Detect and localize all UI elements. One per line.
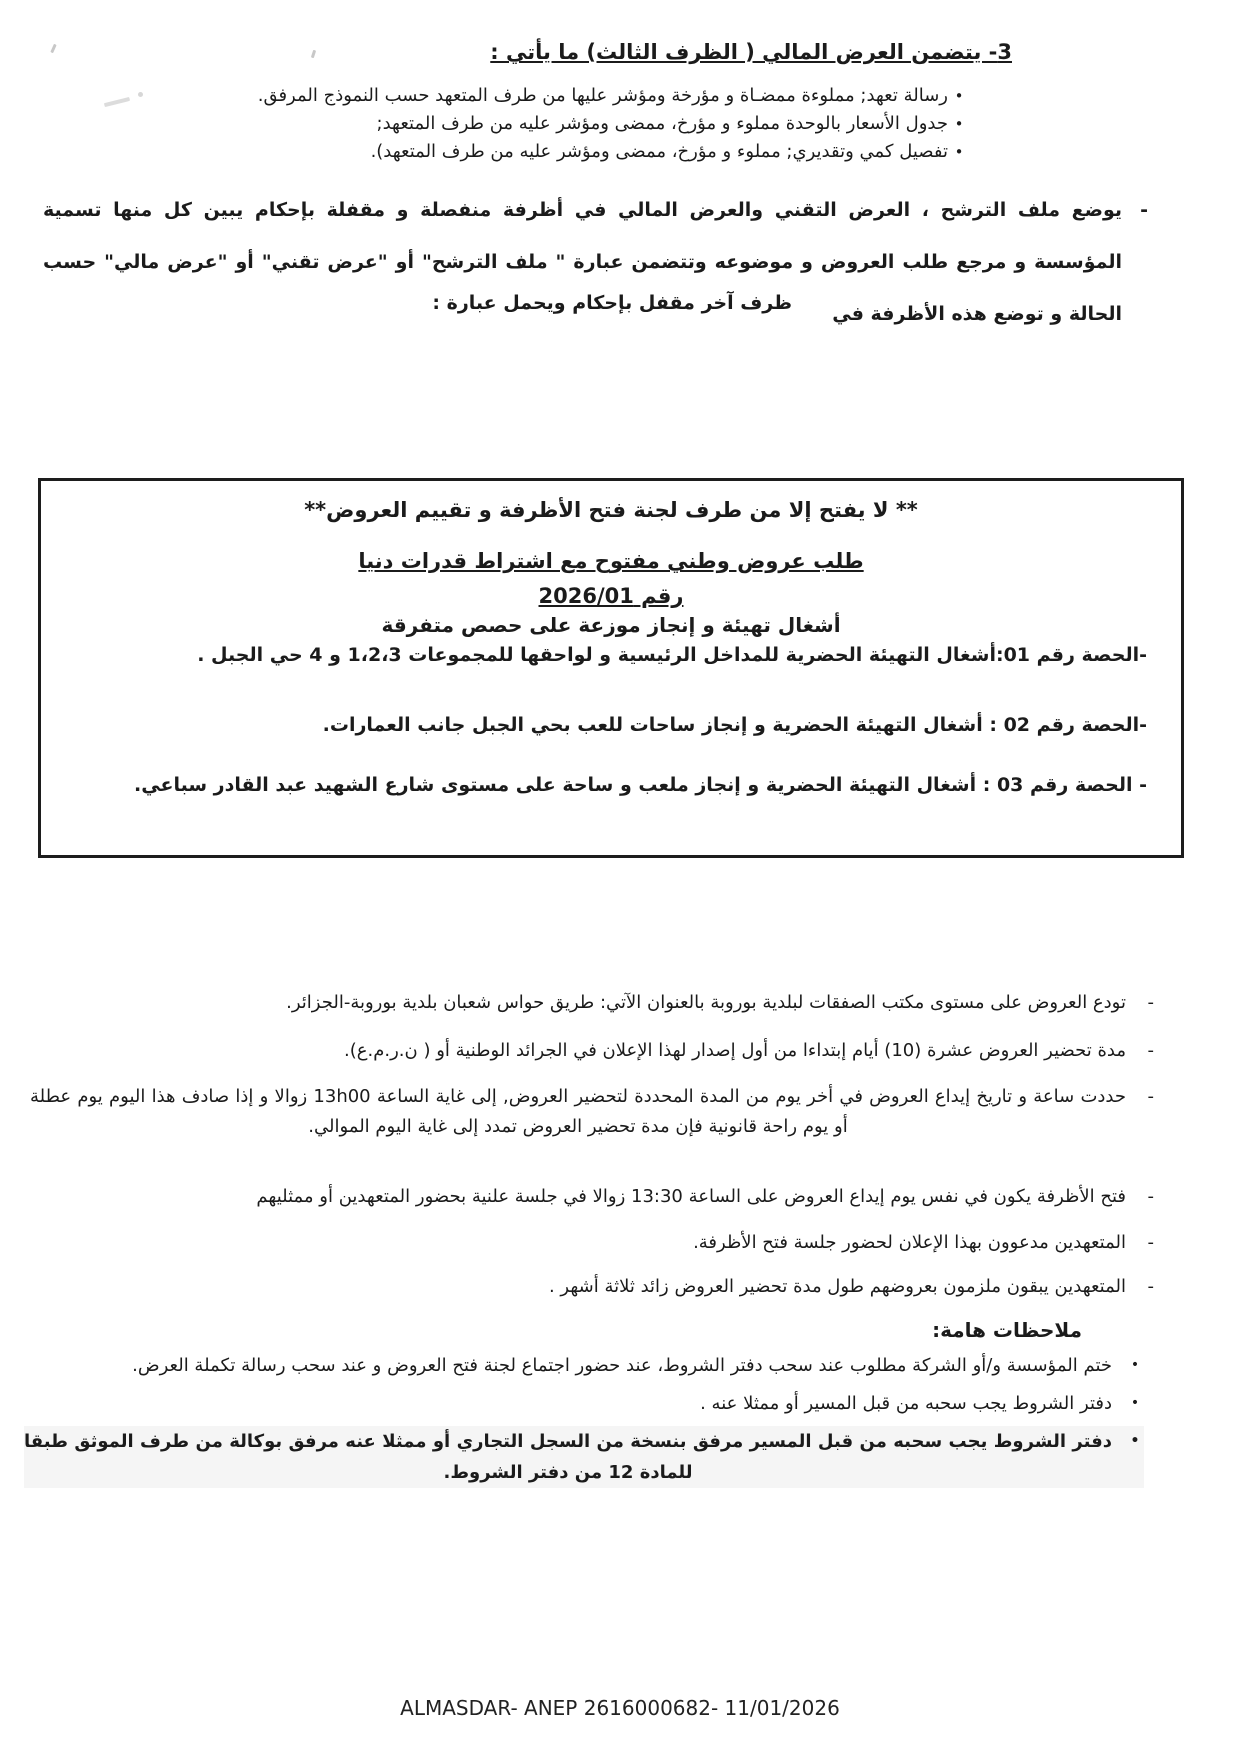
bullet-icon: • xyxy=(948,110,970,138)
tender-subtitle: أشغال تهيئة و إنجاز موزعة على حصص متفرقة xyxy=(41,613,1181,637)
note-text: دفتر الشروط يجب سحبه من قبل المسير مرفق … xyxy=(24,1426,1112,1488)
term-text: مدة تحضير العروض عشرة (10) أيام إبتداءا … xyxy=(30,1036,1126,1066)
note-item: • دفتر الشروط يجب سحبه من قبل المسير مرف… xyxy=(24,1426,1144,1488)
lot-item-01: -الحصة رقم 01:أشغال التهيئة الحضرية للمد… xyxy=(41,644,1181,666)
term-item: - حددت ساعة و تاريخ إيداع العروض في أخر … xyxy=(30,1082,1154,1142)
bullet-icon: • xyxy=(1126,1350,1144,1381)
term-item: - المتعهدين مدعوون بهذا الإعلان لحضور جل… xyxy=(30,1228,1154,1258)
dash-icon: - xyxy=(1134,184,1148,340)
term-item: - فتح الأظرفة يكون في نفس يوم إيداع العر… xyxy=(30,1182,1154,1212)
section3-heading: 3- يتضمن العرض المالي ( الظرف الثالث) ما… xyxy=(490,40,1012,64)
note-text: ختم المؤسسة و/أو الشركة مطلوب عند سحب دف… xyxy=(24,1350,1112,1381)
lot-item-03: - الحصة رقم 03 : أشغال التهيئة الحضرية و… xyxy=(41,774,1181,796)
envelope-instruction: - يوضع ملف الترشح ، العرض التقني والعرض … xyxy=(43,184,1148,340)
term-text: المتعهدين مدعوون بهذا الإعلان لحضور جلسة… xyxy=(30,1228,1126,1258)
financial-offer-bullet-list: • رسالة تعهد; مملوءة ممضـاة و مؤرخة ومؤش… xyxy=(120,82,970,166)
dash-icon: - xyxy=(1140,1036,1154,1066)
note-item: • ختم المؤسسة و/أو الشركة مطلوب عند سحب … xyxy=(24,1350,1144,1381)
term-text: تودع العروض على مستوى مكتب الصفقات لبلدي… xyxy=(30,988,1126,1018)
document-page: 3- يتضمن العرض المالي ( الظرف الثالث) ما… xyxy=(0,0,1240,1753)
bullet-text: تفصيل كمي وتقديري; مملوء و مؤرخ، ممضى وم… xyxy=(120,138,948,166)
term-item: - المتعهدين يبقون ملزمون بعروضهم طول مدة… xyxy=(30,1272,1154,1302)
term-text: حددت ساعة و تاريخ إيداع العروض في أخر يو… xyxy=(30,1082,1126,1142)
bullet-icon: • xyxy=(948,82,970,110)
bullet-text: جدول الأسعار بالوحدة مملوء و مؤرخ، ممضى … xyxy=(120,110,948,138)
scan-artifact xyxy=(50,44,56,53)
lot-item-02: -الحصة رقم 02 : أشغال التهيئة الحضرية و … xyxy=(41,714,1181,736)
dash-icon: - xyxy=(1140,1228,1154,1258)
term-text: فتح الأظرفة يكون في نفس يوم إيداع العروض… xyxy=(30,1182,1126,1212)
note-item: • دفتر الشروط يجب سحبه من قبل المسير أو … xyxy=(24,1388,1144,1419)
important-notes-heading: ملاحظات هامة: xyxy=(932,1318,1082,1342)
note-text: دفتر الشروط يجب سحبه من قبل المسير أو مم… xyxy=(24,1388,1112,1419)
dash-icon: - xyxy=(1140,1182,1154,1212)
scan-artifact xyxy=(311,50,316,59)
important-notes-list: • ختم المؤسسة و/أو الشركة مطلوب عند سحب … xyxy=(24,1350,1144,1495)
do-not-open-warning: ** لا يفتح إلا من طرف لجنة فتح الأظرفة و… xyxy=(41,498,1181,522)
anep-footer: ALMASDAR- ANEP 2616000682- 11/01/2026 xyxy=(0,1696,1240,1720)
submission-terms-list: - تودع العروض على مستوى مكتب الصفقات لبل… xyxy=(30,988,1154,1302)
bullet-icon: • xyxy=(1126,1426,1144,1457)
notice-box: ** لا يفتح إلا من طرف لجنة فتح الأظرفة و… xyxy=(38,478,1184,858)
financial-offer-bullet: • جدول الأسعار بالوحدة مملوء و مؤرخ، ممض… xyxy=(120,110,970,138)
term-text: المتعهدين يبقون ملزمون بعروضهم طول مدة ت… xyxy=(30,1272,1126,1302)
bullet-icon: • xyxy=(1126,1388,1144,1419)
tender-number: رقم 2026/01 xyxy=(41,584,1181,608)
dash-icon: - xyxy=(1140,988,1154,1018)
tender-title: طلب عروض وطني مفتوح مع اشتراط قدرات دنيا xyxy=(41,549,1181,573)
bullet-text: رسالة تعهد; مملوءة ممضـاة و مؤرخة ومؤشر … xyxy=(120,82,948,110)
bullet-icon: • xyxy=(948,138,970,166)
dash-icon: - xyxy=(1140,1272,1154,1302)
dash-icon: - xyxy=(1140,1082,1154,1112)
financial-offer-bullet: • تفصيل كمي وتقديري; مملوء و مؤرخ، ممضى … xyxy=(120,138,970,166)
envelope-instruction-text: يوضع ملف الترشح ، العرض التقني والعرض ال… xyxy=(43,184,1122,340)
envelope-instruction-line2: ظرف آخر مقفل بإحكام ويحمل عبارة : xyxy=(432,292,792,314)
term-item: - تودع العروض على مستوى مكتب الصفقات لبل… xyxy=(30,988,1154,1018)
term-item: - مدة تحضير العروض عشرة (10) أيام إبتداء… xyxy=(30,1036,1154,1066)
financial-offer-bullet: • رسالة تعهد; مملوءة ممضـاة و مؤرخة ومؤش… xyxy=(120,82,970,110)
